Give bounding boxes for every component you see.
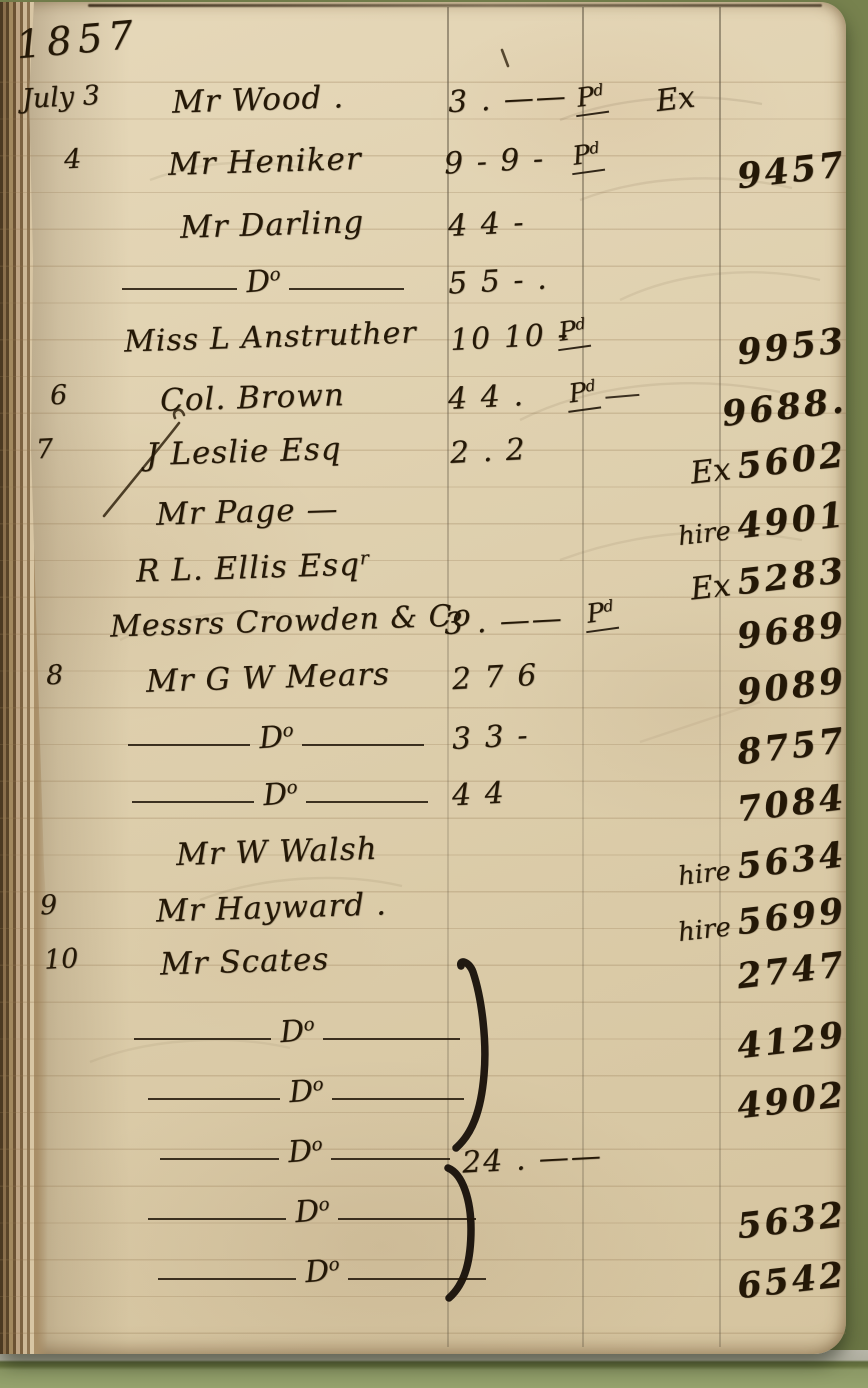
- ledger-number: 5632: [615, 1194, 848, 1261]
- ledger-number: Ex5602: [615, 434, 848, 501]
- entry-amount: 4 4: [451, 776, 506, 814]
- ledger-row: 9 Mr Hayward . hire5699: [0, 890, 846, 948]
- entry-name: Miss L Anstruther: [124, 315, 418, 359]
- entry-amount: 5 5 - .: [447, 261, 549, 301]
- ledger-number: 4129: [615, 1014, 848, 1081]
- ledger-row: 4 Mr Heniker 9 - 9 - Pd 9457: [0, 144, 846, 202]
- entry-name: Mr W Walsh: [175, 831, 378, 873]
- entry-amount: 2 7 6: [451, 658, 539, 697]
- entry-name: Mr Wood .: [171, 79, 344, 120]
- entry-name: Mr G W Mears: [145, 656, 390, 700]
- entry-date: July 3: [21, 80, 100, 115]
- entry-name: R L. Ellis Esqr: [135, 546, 369, 589]
- ledger-row: Miss L Anstruther 10 10 - Pd 9953: [0, 320, 846, 378]
- ledger-number: 4902: [615, 1074, 848, 1141]
- entry-name: Mr Scates: [159, 941, 329, 982]
- ledger-row: July 3 Mr Wood . 3 . —— Pd Ex: [0, 82, 846, 140]
- ditto-entry: Do: [148, 1074, 464, 1109]
- ledger-row: 8 Mr G W Mears 2 7 6 9089: [0, 660, 846, 718]
- ledger-row: Do 5632: [0, 1194, 846, 1252]
- ledger-number: 2747: [615, 944, 848, 1011]
- entry-name: Mr Page —: [155, 491, 338, 533]
- paid-mark-dash: [605, 380, 640, 399]
- entry-date: 8: [45, 660, 64, 692]
- ledger-number: 9953: [615, 320, 848, 387]
- year-heading: 1857: [14, 13, 141, 69]
- ditto-entry: Do: [158, 1254, 486, 1289]
- entry-name: Mr Hayward .: [155, 886, 387, 929]
- entry-name: J Leslie Esq: [145, 431, 342, 473]
- ledger-row: Do 5 5 - .: [0, 264, 846, 322]
- entry-date: 7: [35, 434, 54, 466]
- entry-amount: 3 . ——: [447, 79, 568, 120]
- entry-amount: 4 4 -: [447, 205, 526, 244]
- entry-date: 4: [63, 144, 82, 176]
- entry-amount: 4 4 .: [447, 378, 526, 417]
- entry-amount: 3 3 -: [451, 718, 530, 757]
- ledger-row: Do 3 3 - 8757: [0, 720, 846, 778]
- ledger-row: Do 4129: [0, 1014, 846, 1072]
- ledger-row: 6 Col. Brown 4 4 . Pd 9688.: [0, 380, 846, 438]
- ditto-entry: Do: [132, 777, 428, 812]
- page-top-edge: [88, 4, 822, 7]
- ditto-entry: Do: [160, 1134, 450, 1169]
- ditto-entry: Do: [134, 1014, 460, 1049]
- entry-amount: 9 - 9 -: [443, 141, 546, 181]
- ledger-row: Messrs Crowden & Co 3 . —— Pd 9689: [0, 604, 846, 662]
- ledger-number: 9457: [615, 144, 848, 211]
- group-total: 24 . ——: [461, 1138, 603, 1180]
- ledger-row: Mr Darling 4 4 -: [0, 207, 846, 265]
- ledger-row: 7 J Leslie Esq 2 . 2 Ex5602: [0, 434, 846, 492]
- scanned-ledger-photo: 1857 July 3 Mr Wood . 3 . —— Pd Ex 4 Mr …: [0, 0, 868, 1388]
- entry-date: 6: [49, 380, 68, 412]
- scanner-background-strip: [0, 1350, 868, 1388]
- paid-mark: Pd: [583, 597, 619, 633]
- ditto-entry: Do: [122, 264, 404, 299]
- ledger-number: 6542: [615, 1254, 848, 1321]
- entry-name: Messrs Crowden & Co: [110, 598, 473, 644]
- entry-name: Mr Darling: [179, 204, 364, 246]
- ditto-entry: Do: [128, 720, 424, 755]
- paid-mark: Pd: [555, 315, 591, 351]
- ledger-row: Do 4902: [0, 1074, 846, 1132]
- entry-amount: 3 . ——: [443, 601, 564, 642]
- ditto-entry: Do: [148, 1194, 476, 1229]
- ledger-row: 10 Mr Scates 2747: [0, 944, 846, 1002]
- paid-mark: Pd: [573, 81, 609, 117]
- entry-date: 9: [39, 890, 58, 922]
- ledger-row: Mr Page — hire4901: [0, 494, 846, 552]
- ledger-number: 9089: [615, 660, 848, 727]
- ledger-row: Mr W Walsh hire5634: [0, 834, 846, 892]
- entry-amount: 10 10 -: [449, 317, 570, 358]
- entry-name: Mr Heniker: [167, 141, 362, 183]
- entry-tag: Ex: [654, 80, 697, 119]
- ledger-row: Do 24 . ——: [0, 1134, 846, 1192]
- ledger-row: Do 6542: [0, 1254, 846, 1312]
- ledger-row: Do 4 4 7084: [0, 777, 846, 835]
- entry-amount: 2 . 2: [449, 432, 528, 471]
- paid-mark: Pd: [569, 139, 605, 175]
- entry-date: 10: [43, 943, 79, 976]
- ledger-page: 1857 July 3 Mr Wood . 3 . —— Pd Ex 4 Mr …: [0, 2, 846, 1354]
- entry-name: Col. Brown: [159, 377, 345, 419]
